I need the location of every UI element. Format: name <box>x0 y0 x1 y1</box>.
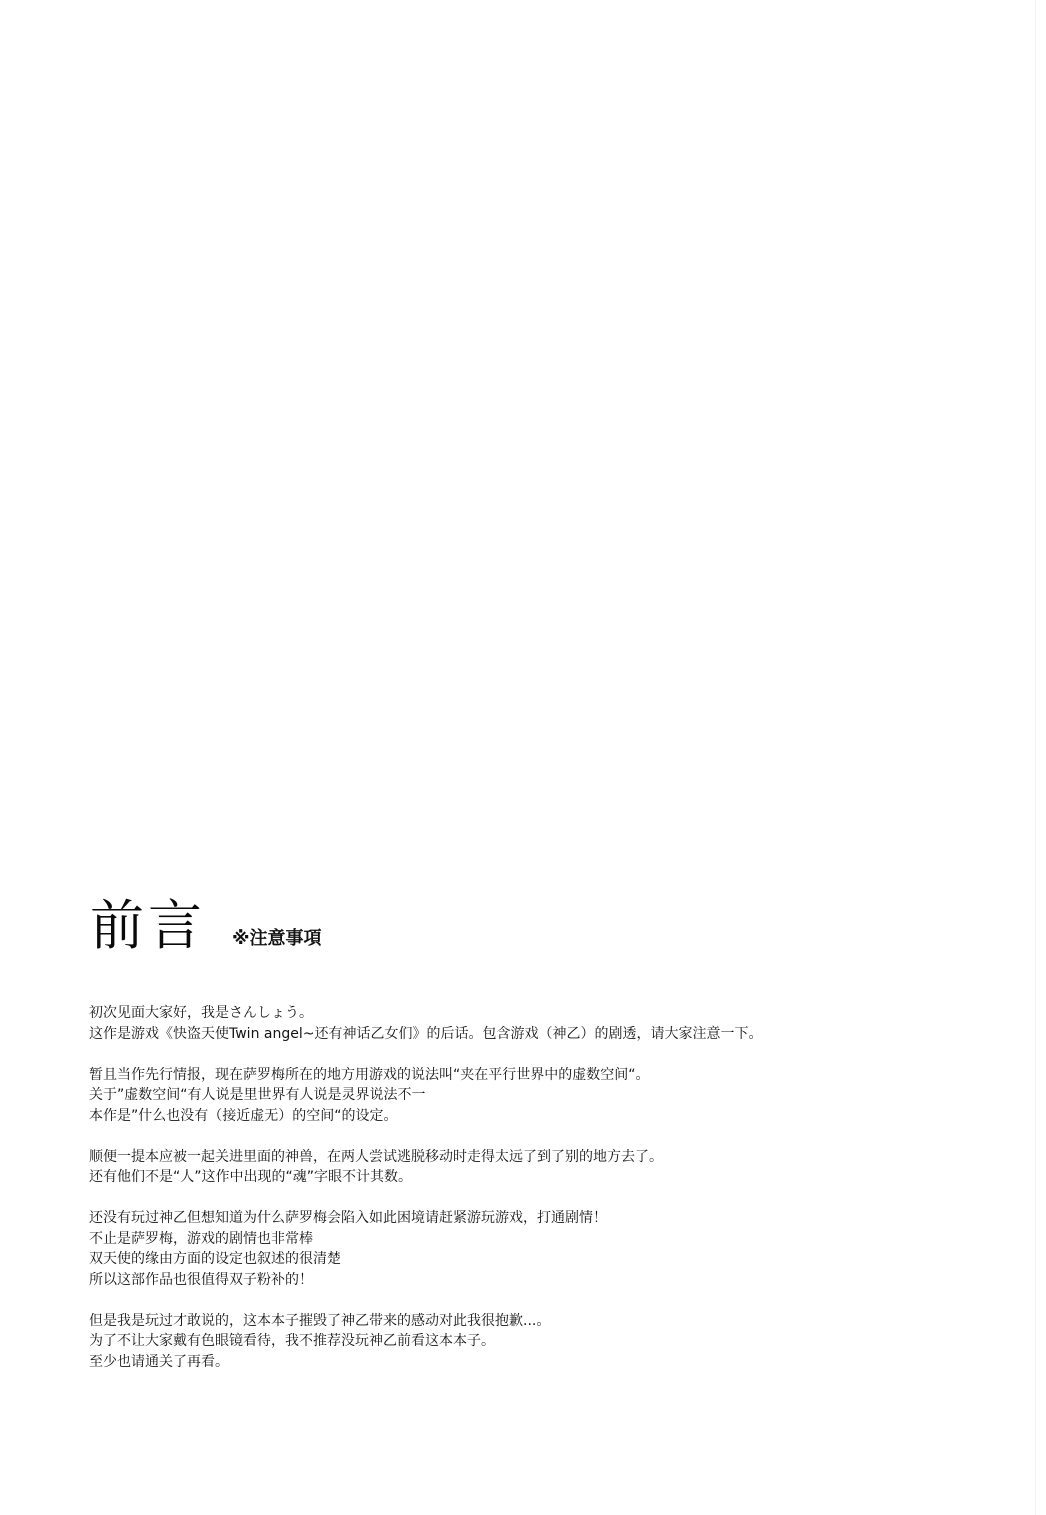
text-line: 所以这部作品也很值得双子粉补的！ <box>89 1270 762 1291</box>
text-line: 双天使的缘由方面的设定也叙述的很清楚 <box>89 1249 762 1270</box>
text-line: 本作是”什么也没有（接近虚无）的空间“的设定。 <box>89 1106 762 1127</box>
text-line: 顺便一提本应被一起关进里面的神兽，在两人尝试逃脱移动时走得太远了到了别的地方去了… <box>89 1147 762 1168</box>
text-line: 这作是游戏《快盗天使Twin angel~还有神话乙女们》的后话。包含游戏（神乙… <box>89 1024 762 1045</box>
paragraph-greeting: 初次见面大家好，我是さんしょう。 这作是游戏《快盗天使Twin angel~还有… <box>89 1003 762 1044</box>
paragraph-recommendation: 还没有玩过神乙但想知道为什么萨罗梅会陷入如此困境请赶紧游玩游戏，打通剧情！ 不止… <box>89 1208 762 1290</box>
text-line: 还有他们不是“人”这作中出现的“魂”字眼不计其数。 <box>89 1167 762 1188</box>
page-title: 前言 <box>90 896 206 956</box>
paragraph-notes: 顺便一提本应被一起关进里面的神兽，在两人尝试逃脱移动时走得太远了到了别的地方去了… <box>89 1147 762 1188</box>
preface-body: 初次见面大家好，我是さんしょう。 这作是游戏《快盗天使Twin angel~还有… <box>89 1003 762 1372</box>
text-line: 暂且当作先行情报，现在萨罗梅所在的地方用游戏的说法叫“夹在平行世界中的虚数空间“… <box>89 1065 762 1086</box>
text-line: 但是我是玩过才敢说的，这本本子摧毁了神乙带来的感动对此我很抱歉...。 <box>89 1311 762 1332</box>
paragraph-apology: 但是我是玩过才敢说的，这本本子摧毁了神乙带来的感动对此我很抱歉...。 为了不让… <box>89 1311 762 1373</box>
text-line: 不止是萨罗梅，游戏的剧情也非常棒 <box>89 1229 762 1250</box>
notice-subtitle: ※注意事項 <box>232 924 322 950</box>
heading: 前言 ※注意事項 <box>90 896 322 956</box>
text-line: 为了不让大家戴有色眼镜看待，我不推荐没玩神乙前看这本本子。 <box>89 1331 762 1352</box>
text-line: 初次见面大家好，我是さんしょう。 <box>89 1003 762 1024</box>
text-line: 关于”虚数空间“有人说是里世界有人说是灵界说法不一 <box>89 1085 762 1106</box>
page-edge <box>1035 0 1036 1515</box>
text-line: 至少也请通关了再看。 <box>89 1352 762 1373</box>
paragraph-setting: 暂且当作先行情报，现在萨罗梅所在的地方用游戏的说法叫“夹在平行世界中的虚数空间“… <box>89 1065 762 1127</box>
text-line: 还没有玩过神乙但想知道为什么萨罗梅会陷入如此困境请赶紧游玩游戏，打通剧情！ <box>89 1208 762 1229</box>
